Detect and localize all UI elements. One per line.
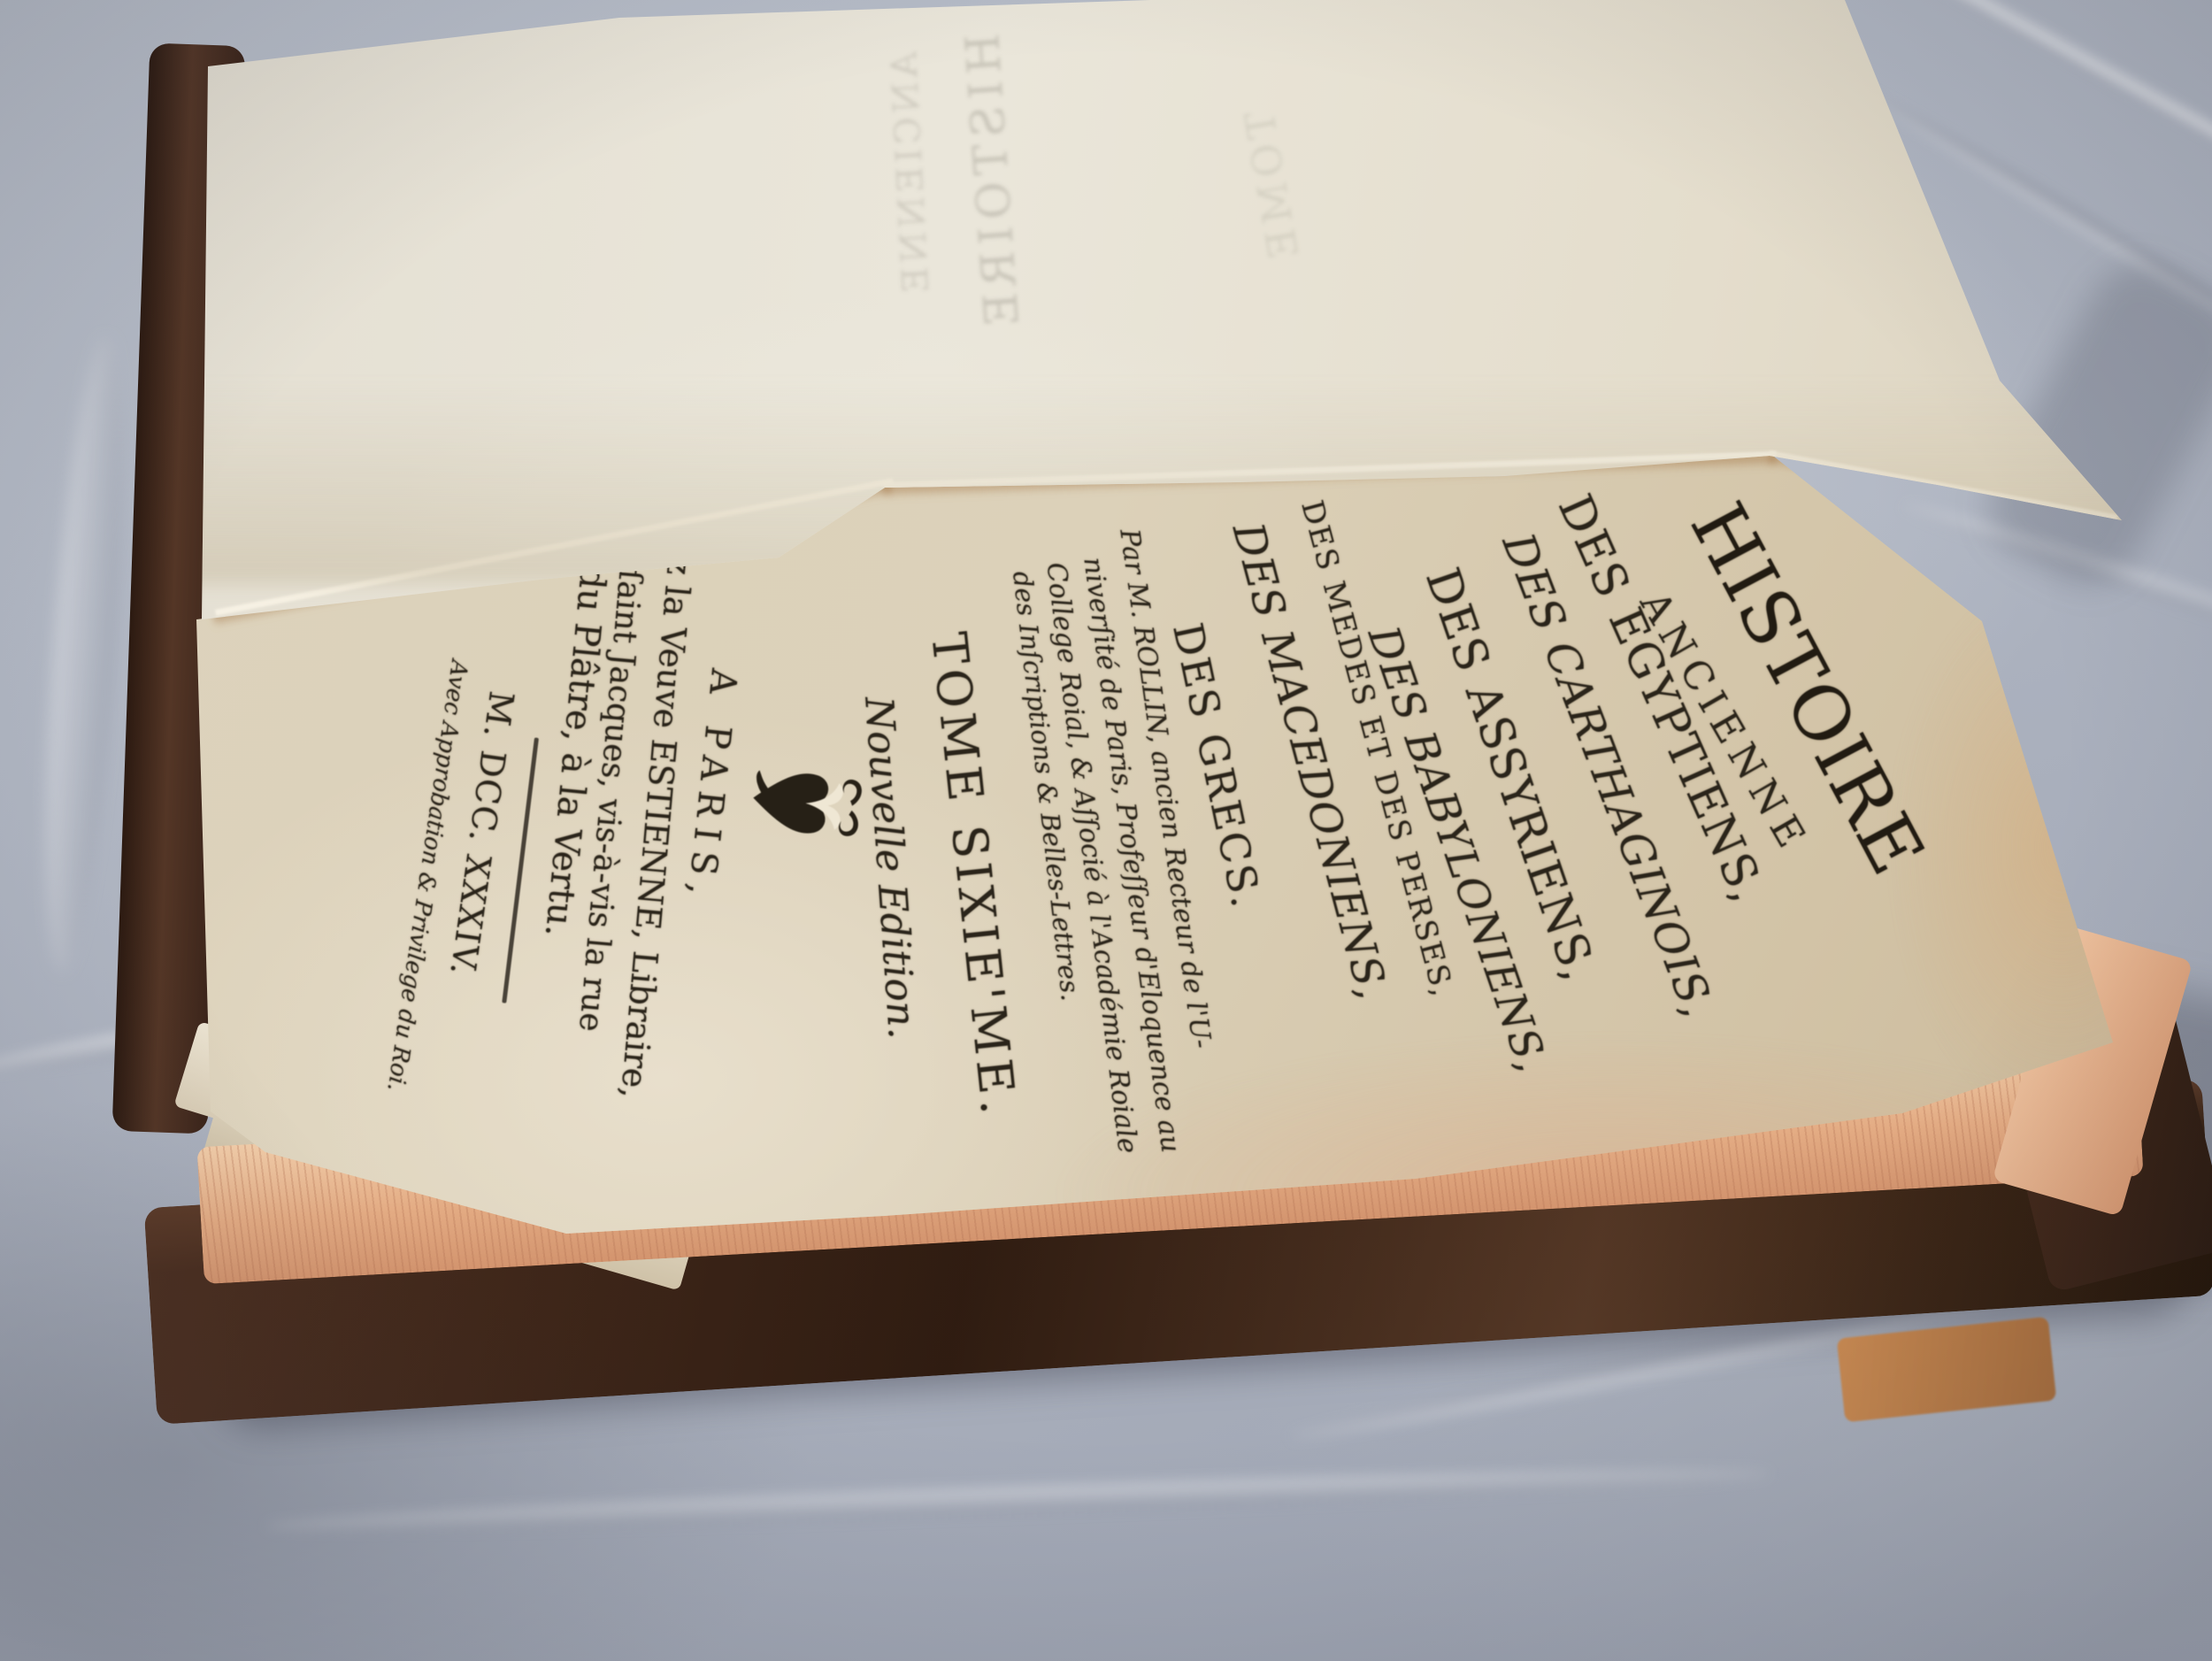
imprint-place-line: A PARIS, bbox=[681, 667, 741, 907]
showthrough-text: ANCIENNE bbox=[887, 51, 934, 298]
showthrough-text: TOME bbox=[1239, 108, 1306, 267]
aldine-heart-fleuron-icon bbox=[746, 761, 870, 845]
fabric-wrinkle bbox=[265, 1460, 1770, 1539]
photo-of-antique-book: HISTOIRE ANCIENNE DES EGYPTIENS, DES CAR… bbox=[0, 0, 2212, 1661]
showthrough-text: HISTOIRE bbox=[960, 32, 1027, 335]
